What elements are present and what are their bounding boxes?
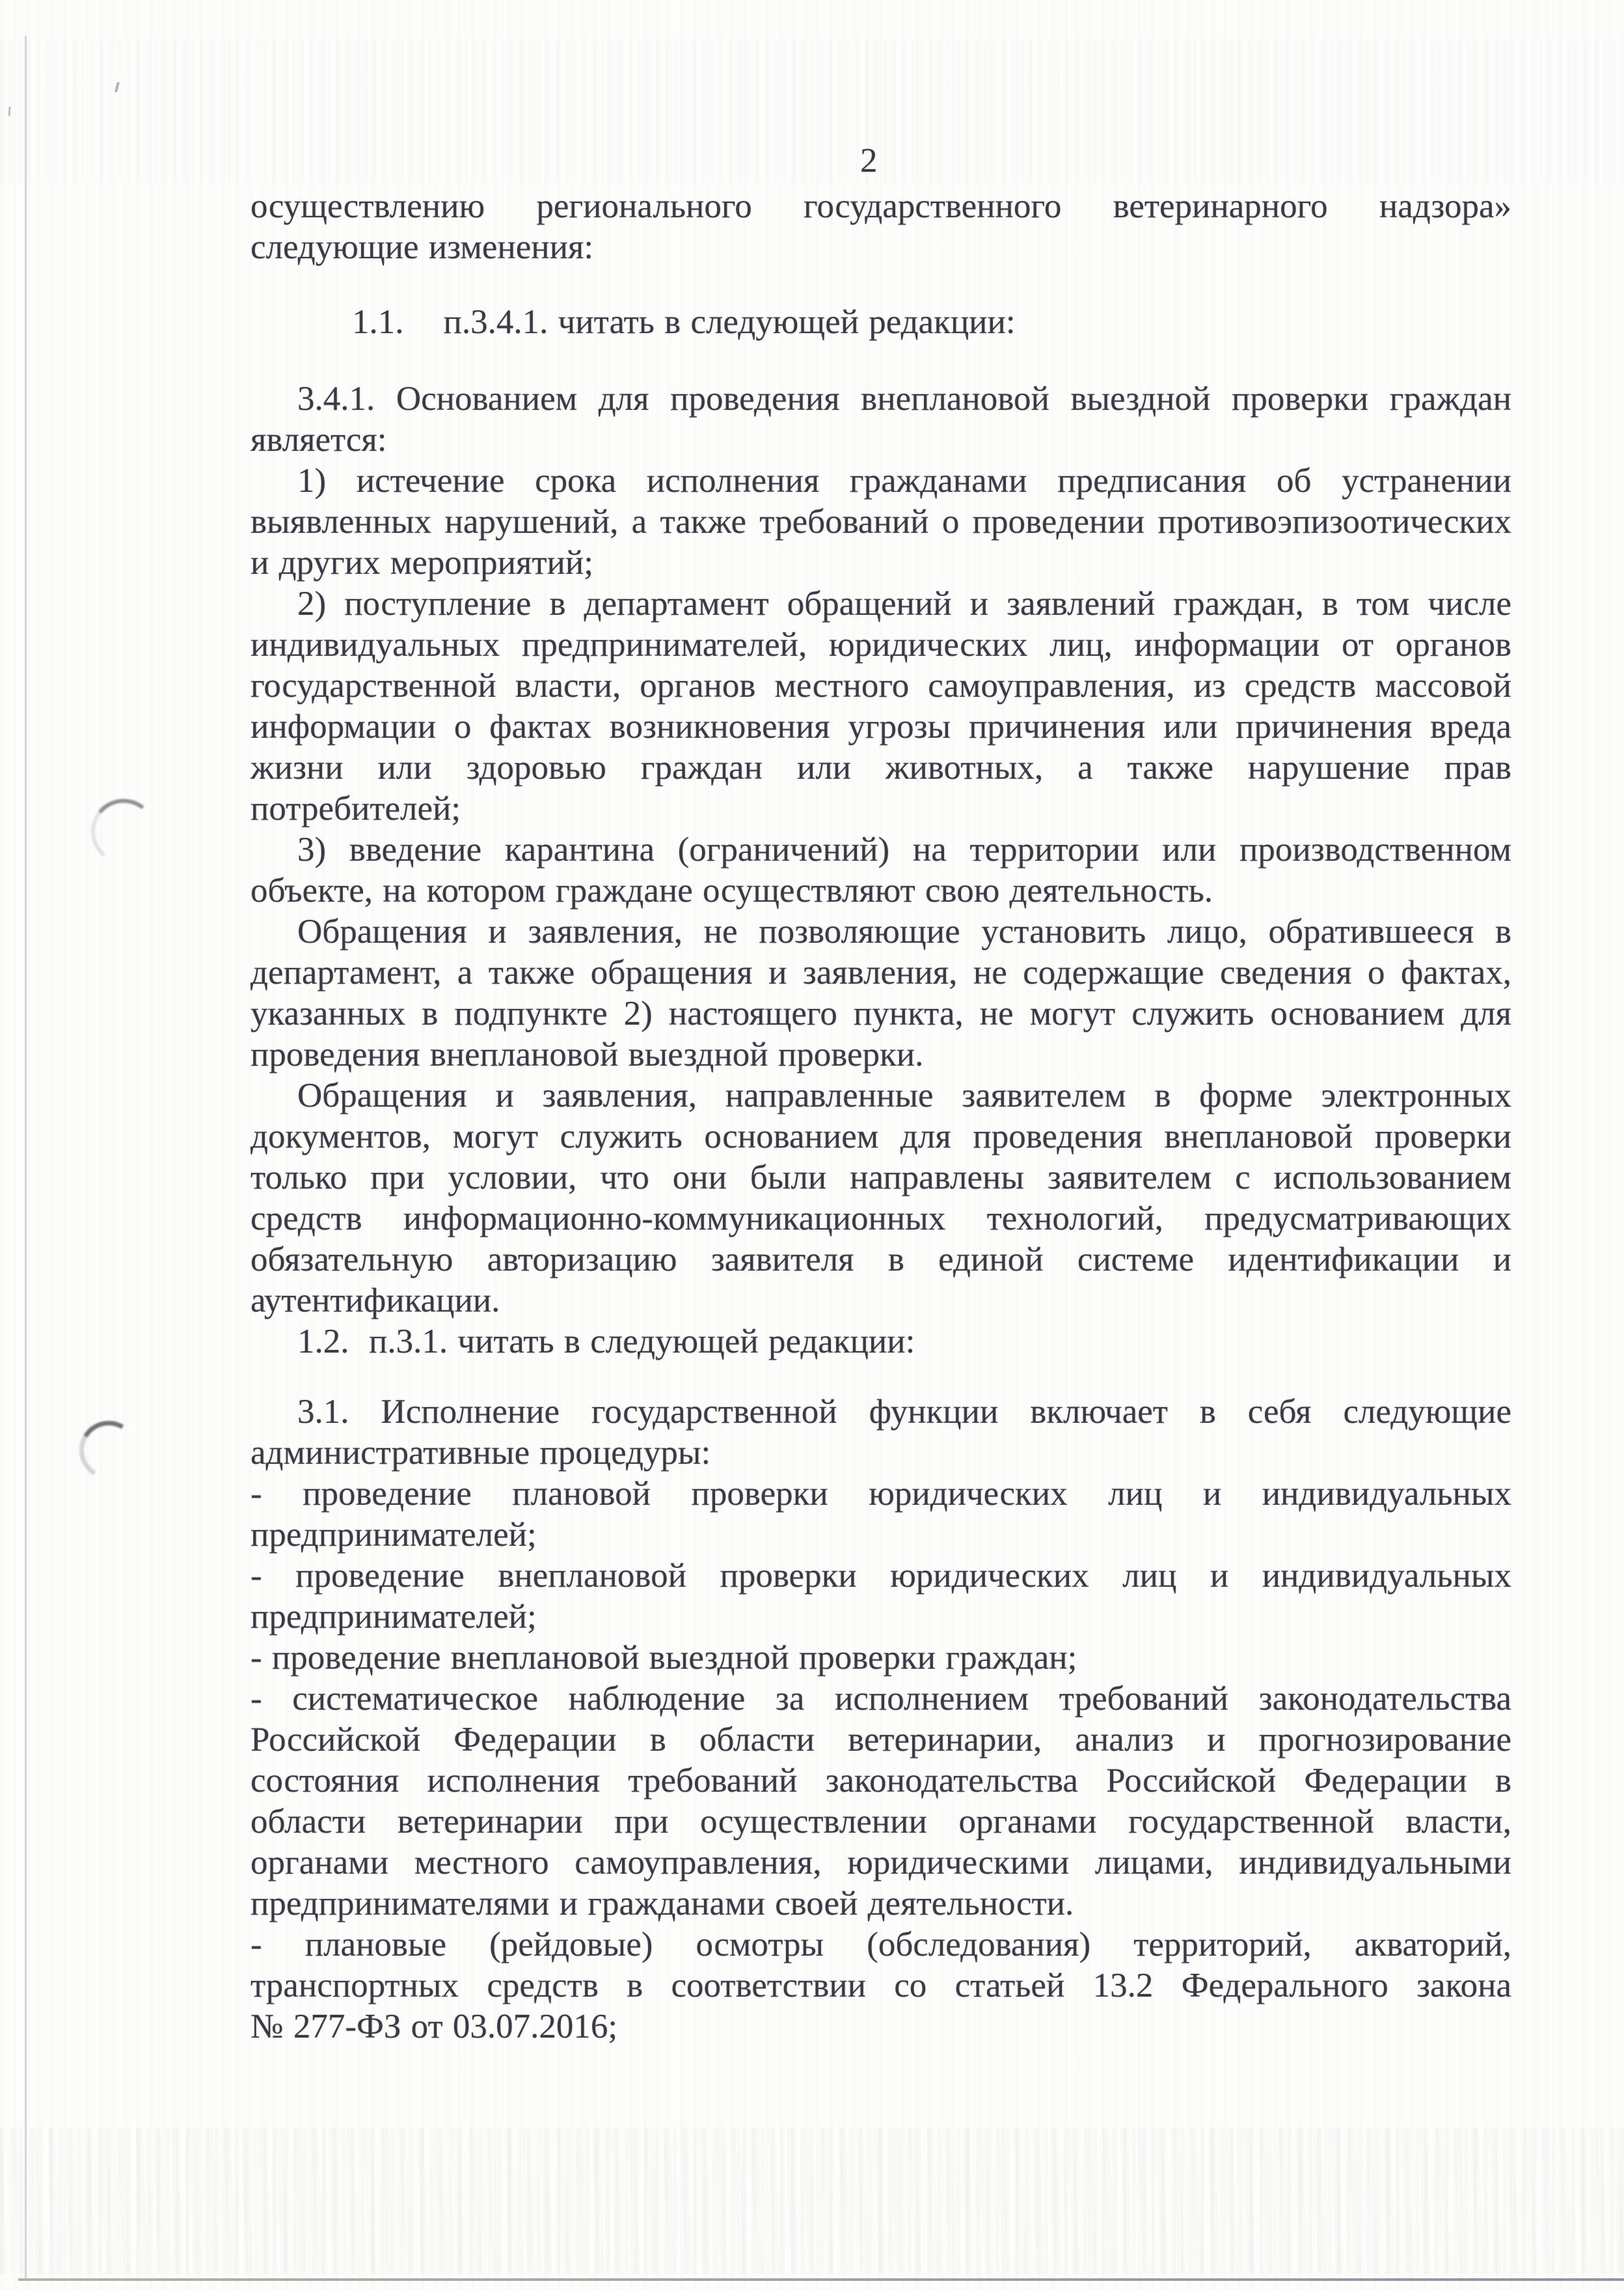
- text-line: - проведение внеплановой проверки юридич…: [250, 1556, 1511, 1596]
- scanned-page: 2 осуществлению регионального государств…: [0, 0, 1624, 2290]
- text-line: состояния исполнения требований законода…: [250, 1760, 1511, 1801]
- text-line: проведения внеплановой выездной проверки…: [250, 1034, 1511, 1075]
- punch-hole-mark: [88, 796, 159, 867]
- text-line: Российской Федерации в области ветеринар…: [250, 1719, 1511, 1760]
- text-line: средств информационно-коммуникационных т…: [250, 1198, 1511, 1239]
- text-line: транспортных средств в соответствии со с…: [250, 1965, 1511, 2006]
- text-line: № 277-ФЗ от 03.07.2016;: [250, 2006, 1511, 2047]
- paper-edge-line: [25, 36, 27, 2280]
- text-line: 3.4.1. Основанием для проведения внеплан…: [250, 379, 1511, 420]
- text-line: аутентификации.: [250, 1280, 1511, 1321]
- text-line: 3.1. Исполнение государственной функции …: [250, 1392, 1511, 1433]
- text-line: информации о фактах возникновения угрозы…: [250, 707, 1511, 748]
- text-line: Обращения и заявления, направленные заяв…: [250, 1075, 1511, 1116]
- text-line: выявленных нарушений, а также требований…: [250, 502, 1511, 543]
- text-line: 3) введение карантина (ограничений) на т…: [250, 829, 1511, 870]
- text-line: - проведение плановой проверки юридическ…: [250, 1474, 1511, 1515]
- text-line: 1.2. п.3.1. читать в следующей редакции:: [250, 1321, 1511, 1362]
- text-line: жизни или здоровью граждан или животных,…: [250, 748, 1511, 788]
- text-line: департамент, а также обращения и заявлен…: [250, 952, 1511, 993]
- text-line: государственной власти, органов местного…: [250, 666, 1511, 707]
- text-line: 1) истечение срока исполнения гражданами…: [250, 461, 1511, 502]
- text-line: 2) поступление в департамент обращений и…: [250, 584, 1511, 625]
- text-line: предпринимателей;: [250, 1515, 1511, 1556]
- text-line: - плановые (рейдовые) осмотры (обследова…: [250, 1924, 1511, 1965]
- text-line: и других мероприятий;: [250, 543, 1511, 584]
- text-line: - систематическое наблюдение за исполнен…: [250, 1678, 1511, 1719]
- document-text-block: осуществлению регионального государствен…: [250, 186, 1511, 2047]
- text-line: является:: [250, 420, 1511, 461]
- text-line: документов, могут служить основанием для…: [250, 1116, 1511, 1157]
- text-line: органами местного самоуправления, юридич…: [250, 1842, 1511, 1883]
- text-line: только при условии, что они были направл…: [250, 1157, 1511, 1198]
- text-line: потребителей;: [250, 788, 1511, 829]
- bottom-scan-line: [18, 2278, 1624, 2281]
- scan-noise-band-bottom: [0, 2127, 1624, 2274]
- text-line: административные процедуры:: [250, 1433, 1511, 1474]
- scan-speck-mark: [115, 82, 120, 92]
- scan-speck-mark: [8, 107, 11, 116]
- page-number: 2: [860, 141, 878, 182]
- punch-hole-mark: [73, 1414, 144, 1485]
- text-line: - проведение внеплановой выездной провер…: [250, 1637, 1511, 1678]
- text-line: обязательную авторизацию заявителя в еди…: [250, 1239, 1511, 1280]
- text-line: Обращения и заявления, не позволяющие ус…: [250, 911, 1511, 952]
- text-line: объекте, на котором граждане осуществляю…: [250, 870, 1511, 911]
- scan-noise-band-top: [0, 39, 1624, 182]
- text-line: предпринимателей;: [250, 1596, 1511, 1637]
- text-line: индивидуальных предпринимателей, юридиче…: [250, 625, 1511, 666]
- text-line: указанных в подпункте 2) настоящего пунк…: [250, 993, 1511, 1034]
- text-line: предпринимателями и гражданами своей дея…: [250, 1883, 1511, 1924]
- text-line: следующие изменения:: [250, 227, 1511, 268]
- text-line: осуществлению регионального государствен…: [250, 186, 1511, 227]
- text-line: области ветеринарии при осуществлении ор…: [250, 1801, 1511, 1842]
- text-line: 1.1. п.3.4.1. читать в следующей редакци…: [250, 302, 1511, 343]
